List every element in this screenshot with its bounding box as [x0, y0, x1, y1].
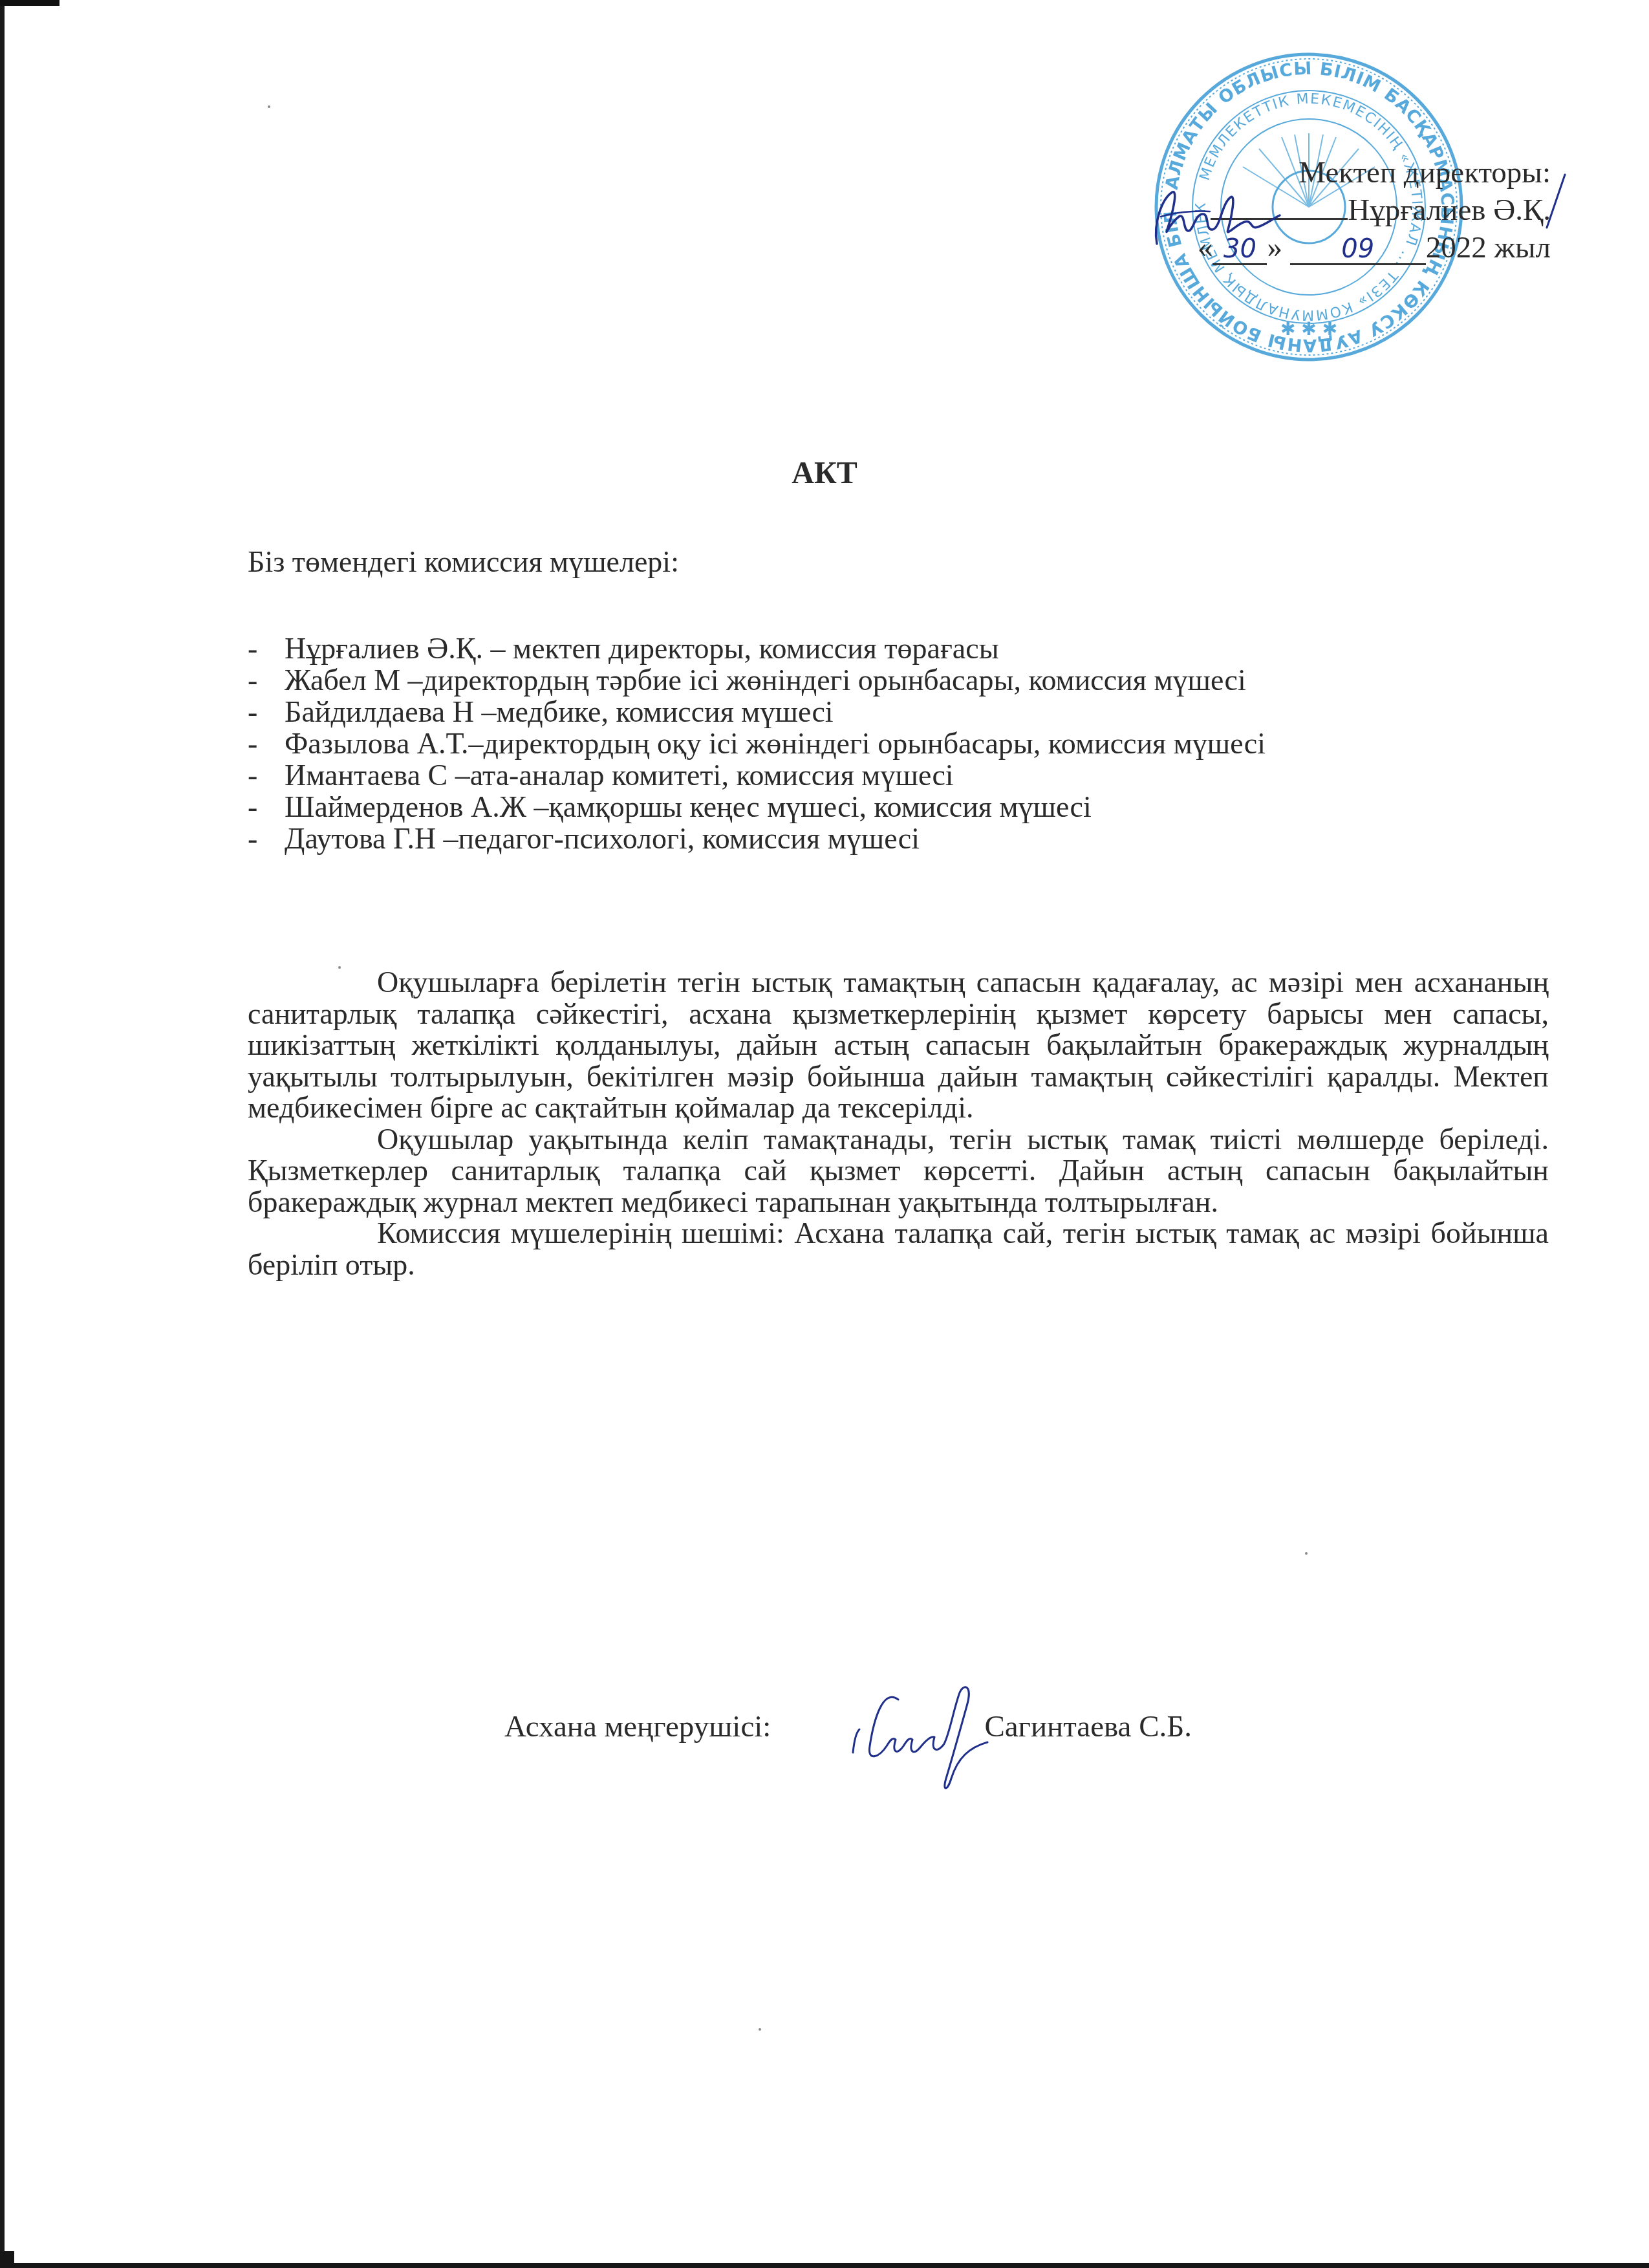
member-item: -Имантаева С –ата-аналар комитеті, комис… — [248, 759, 1549, 791]
signature-tick-icon — [1542, 172, 1568, 230]
scan-edge-bottom — [0, 2263, 1649, 2268]
director-name: Нұрғалиев Ә.Қ. — [1348, 193, 1551, 227]
scan-edge-corner — [0, 2251, 14, 2268]
canteen-position-label: Асхана меңгерушісі: — [504, 1710, 771, 1744]
date-year: 2022 жыл — [1426, 231, 1551, 265]
member-item: -Шаймерденов А.Ж –қамқоршы кеңес мүшесі,… — [248, 791, 1549, 823]
document-body: Оқушыларға берілетін тегін ыстық тамақты… — [248, 967, 1549, 1280]
scan-speck — [1305, 1552, 1308, 1555]
svg-text:✱ ✱ ✱: ✱ ✱ ✱ — [1280, 318, 1337, 340]
canteen-signature-line: Асхана меңгерушісі:Сагинтаева С.Б. — [504, 1707, 1192, 1746]
director-signature-icon — [1148, 184, 1284, 255]
commission-intro: Біз төмендегі комиссия мүшелері: — [248, 546, 1549, 578]
scan-edge-left — [0, 0, 5, 2268]
scan-speck — [338, 966, 341, 969]
member-item: -Жабел М –директордың тәрбие ісі жөнінде… — [248, 664, 1549, 696]
document-title: АКТ — [0, 454, 1649, 493]
member-item: -Фазылова А.Т.–директордың оқу ісі жөнін… — [248, 728, 1549, 759]
paragraph-decision: Комиссия мүшелерінің шешімі: Асхана тала… — [248, 1218, 1549, 1280]
member-text: Имантаева С –ата-аналар комитеті, комисс… — [285, 759, 954, 792]
member-text: Жабел М –директордың тәрбие ісі жөніндег… — [285, 664, 1246, 697]
commission-members-list: -Нұрғалиев Ә.Қ. – мектеп директоры, коми… — [248, 632, 1549, 854]
member-text: Фазылова А.Т.–директордың оқу ісі жөнінд… — [285, 727, 1266, 760]
member-text: Шаймерденов А.Ж –қамқоршы кеңес мүшесі, … — [285, 790, 1092, 823]
date-month: 09 — [1290, 235, 1426, 265]
member-text: Нұрғалиев Ә.Қ. – мектеп директоры, комис… — [285, 632, 999, 665]
member-item: -Даутова Г.Н –педагог-психологі, комисси… — [248, 823, 1549, 854]
canteen-signature-icon — [850, 1675, 1057, 1798]
member-text: Байдилдаева Н –медбике, комиссия мүшесі — [285, 695, 834, 728]
scan-speck — [268, 105, 270, 108]
member-text: Даутова Г.Н –педагог-психологі, комиссия… — [285, 822, 920, 855]
member-item: -Байдилдаева Н –медбике, комиссия мүшесі — [248, 696, 1549, 728]
paragraph-inspection-scope: Оқушыларға берілетін тегін ыстық тамақты… — [248, 967, 1549, 1124]
scan-speck — [759, 2028, 761, 2031]
member-item: -Нұрғалиев Ә.Қ. – мектеп директоры, коми… — [248, 632, 1549, 664]
paragraph-findings: Оқушылар уақытында келіп тамақтанады, те… — [248, 1124, 1549, 1218]
scan-edge-top — [0, 0, 59, 6]
